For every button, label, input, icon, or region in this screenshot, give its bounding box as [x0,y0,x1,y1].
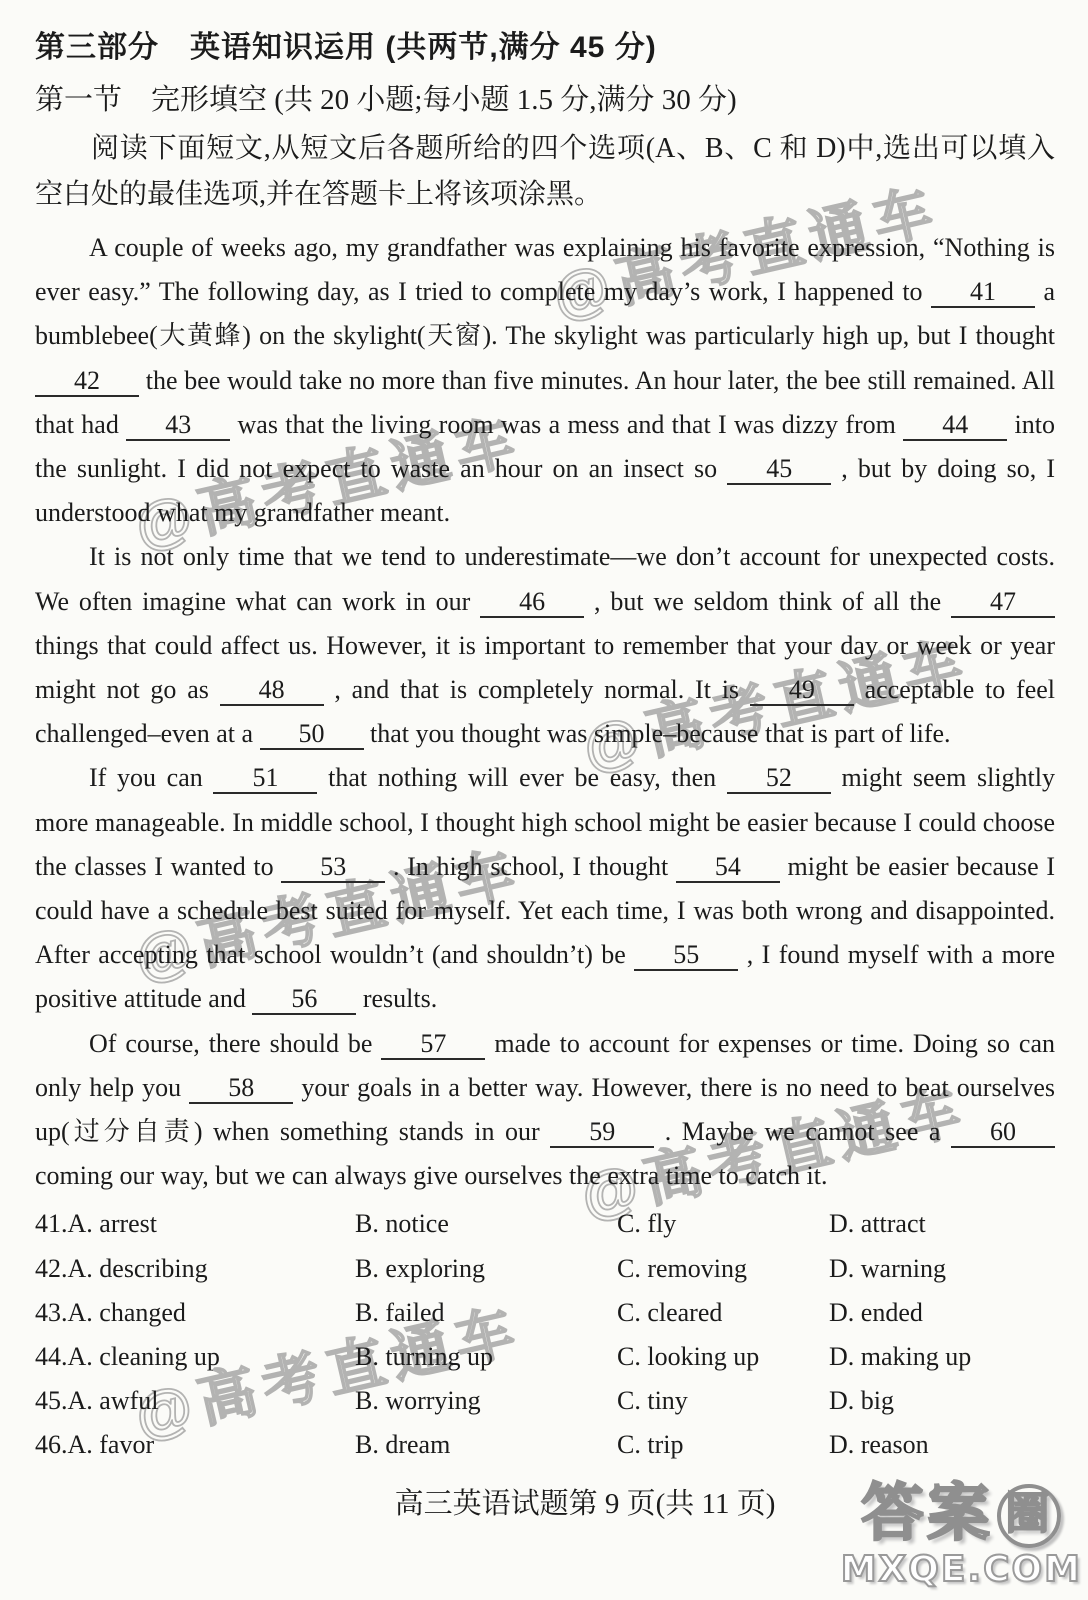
cloze-blank-51: 51 [213,764,317,794]
cloze-blank-59: 59 [550,1118,654,1148]
option-row-46: 46. A. favorB. dreamC. tripD. reason [35,1423,1055,1467]
passage-paragraph-4: Of course, there should be 57 made to ac… [35,1022,1055,1199]
option-row-43: 43. A. changedB. failedC. clearedD. ende… [35,1291,1055,1335]
option-42-C: C. removing [617,1247,829,1291]
cloze-passage: A couple of weeks ago, my grandfather wa… [35,226,1055,1198]
cloze-blank-56: 56 [252,985,356,1015]
option-44-A: 44. A. cleaning up [35,1335,355,1379]
option-43-D: D. ended [829,1291,1055,1335]
option-41-A: 41. A. arrest [35,1202,355,1246]
option-44-B: B. turning up [355,1335,617,1379]
options-list: 41. A. arrestB. noticeC. flyD. attract42… [35,1202,1055,1467]
passage-paragraph-3: If you can 51 that nothing will ever be … [35,756,1055,1021]
cloze-blank-57: 57 [381,1030,485,1060]
cloze-blank-53: 53 [281,853,385,883]
cloze-blank-47: 47 [951,588,1055,618]
option-45-D: D. big [829,1379,1055,1423]
question-number-42: 42. [35,1247,68,1291]
cloze-blank-54: 54 [676,853,780,883]
option-42-B: B. exploring [355,1247,617,1291]
option-46-A: 46. A. favor [35,1423,355,1467]
option-41-D: D. attract [829,1202,1055,1246]
option-46-B: B. dream [355,1423,617,1467]
option-43-C: C. cleared [617,1291,829,1335]
cloze-blank-45: 45 [727,455,831,485]
option-44-C: C. looking up [617,1335,829,1379]
instructions: 阅读下面短文,从短文后各题所给的四个选项(A、B、C 和 D)中,选出可以填入空… [35,126,1055,218]
cloze-blank-44: 44 [903,411,1007,441]
option-43-B: B. failed [355,1291,617,1335]
question-number-44: 44. [35,1335,68,1379]
cloze-blank-50: 50 [260,720,364,750]
cloze-blank-49: 49 [750,676,854,706]
option-46-C: C. trip [617,1423,829,1467]
option-42-D: D. warning [829,1247,1055,1291]
option-46-D: D. reason [829,1423,1055,1467]
option-row-41: 41. A. arrestB. noticeC. flyD. attract [35,1202,1055,1246]
exam-page-content: 第三部分 英语知识运用 (共两节,满分 45 分) 第一节 完形填空 (共 20… [0,0,1088,1524]
cloze-blank-43: 43 [126,411,230,441]
cloze-blank-41: 41 [931,278,1035,308]
passage-paragraph-1: A couple of weeks ago, my grandfather wa… [35,226,1055,535]
option-45-B: B. worrying [355,1379,617,1423]
option-41-C: C. fly [617,1202,829,1246]
cloze-blank-58: 58 [189,1074,293,1104]
option-45-C: C. tiny [617,1379,829,1423]
cloze-blank-60: 60 [951,1118,1055,1148]
scanned-exam-page: { "colors": { "page_background": "#fbfbf… [0,0,1088,1600]
cloze-blank-52: 52 [727,764,831,794]
option-41-B: B. notice [355,1202,617,1246]
option-43-A: 43. A. changed [35,1291,355,1335]
section-heading: 第一节 完形填空 (共 20 小题;每小题 1.5 分,满分 30 分) [35,76,1055,124]
question-number-45: 45. [35,1379,68,1423]
option-45-A: 45. A. awful [35,1379,355,1423]
cloze-blank-48: 48 [220,676,324,706]
question-number-46: 46. [35,1423,68,1467]
option-row-45: 45. A. awfulB. worryingC. tinyD. big [35,1379,1055,1423]
cloze-blank-46: 46 [480,588,584,618]
question-number-41: 41. [35,1202,68,1246]
option-44-D: D. making up [829,1335,1055,1379]
part-heading: 第三部分 英语知识运用 (共两节,满分 45 分) [35,24,1055,72]
cloze-blank-55: 55 [634,941,738,971]
question-number-43: 43. [35,1291,68,1335]
option-row-42: 42. A. describingB. exploringC. removing… [35,1247,1055,1291]
option-row-44: 44. A. cleaning upB. turning upC. lookin… [35,1335,1055,1379]
passage-paragraph-2: It is not only time that we tend to unde… [35,535,1055,756]
option-42-A: 42. A. describing [35,1247,355,1291]
brand-site: MXQE.COM [841,1548,1082,1592]
cloze-blank-42: 42 [35,367,139,397]
page-footer: 高三英语试题第 9 页(共 11 页) [75,1484,1088,1524]
